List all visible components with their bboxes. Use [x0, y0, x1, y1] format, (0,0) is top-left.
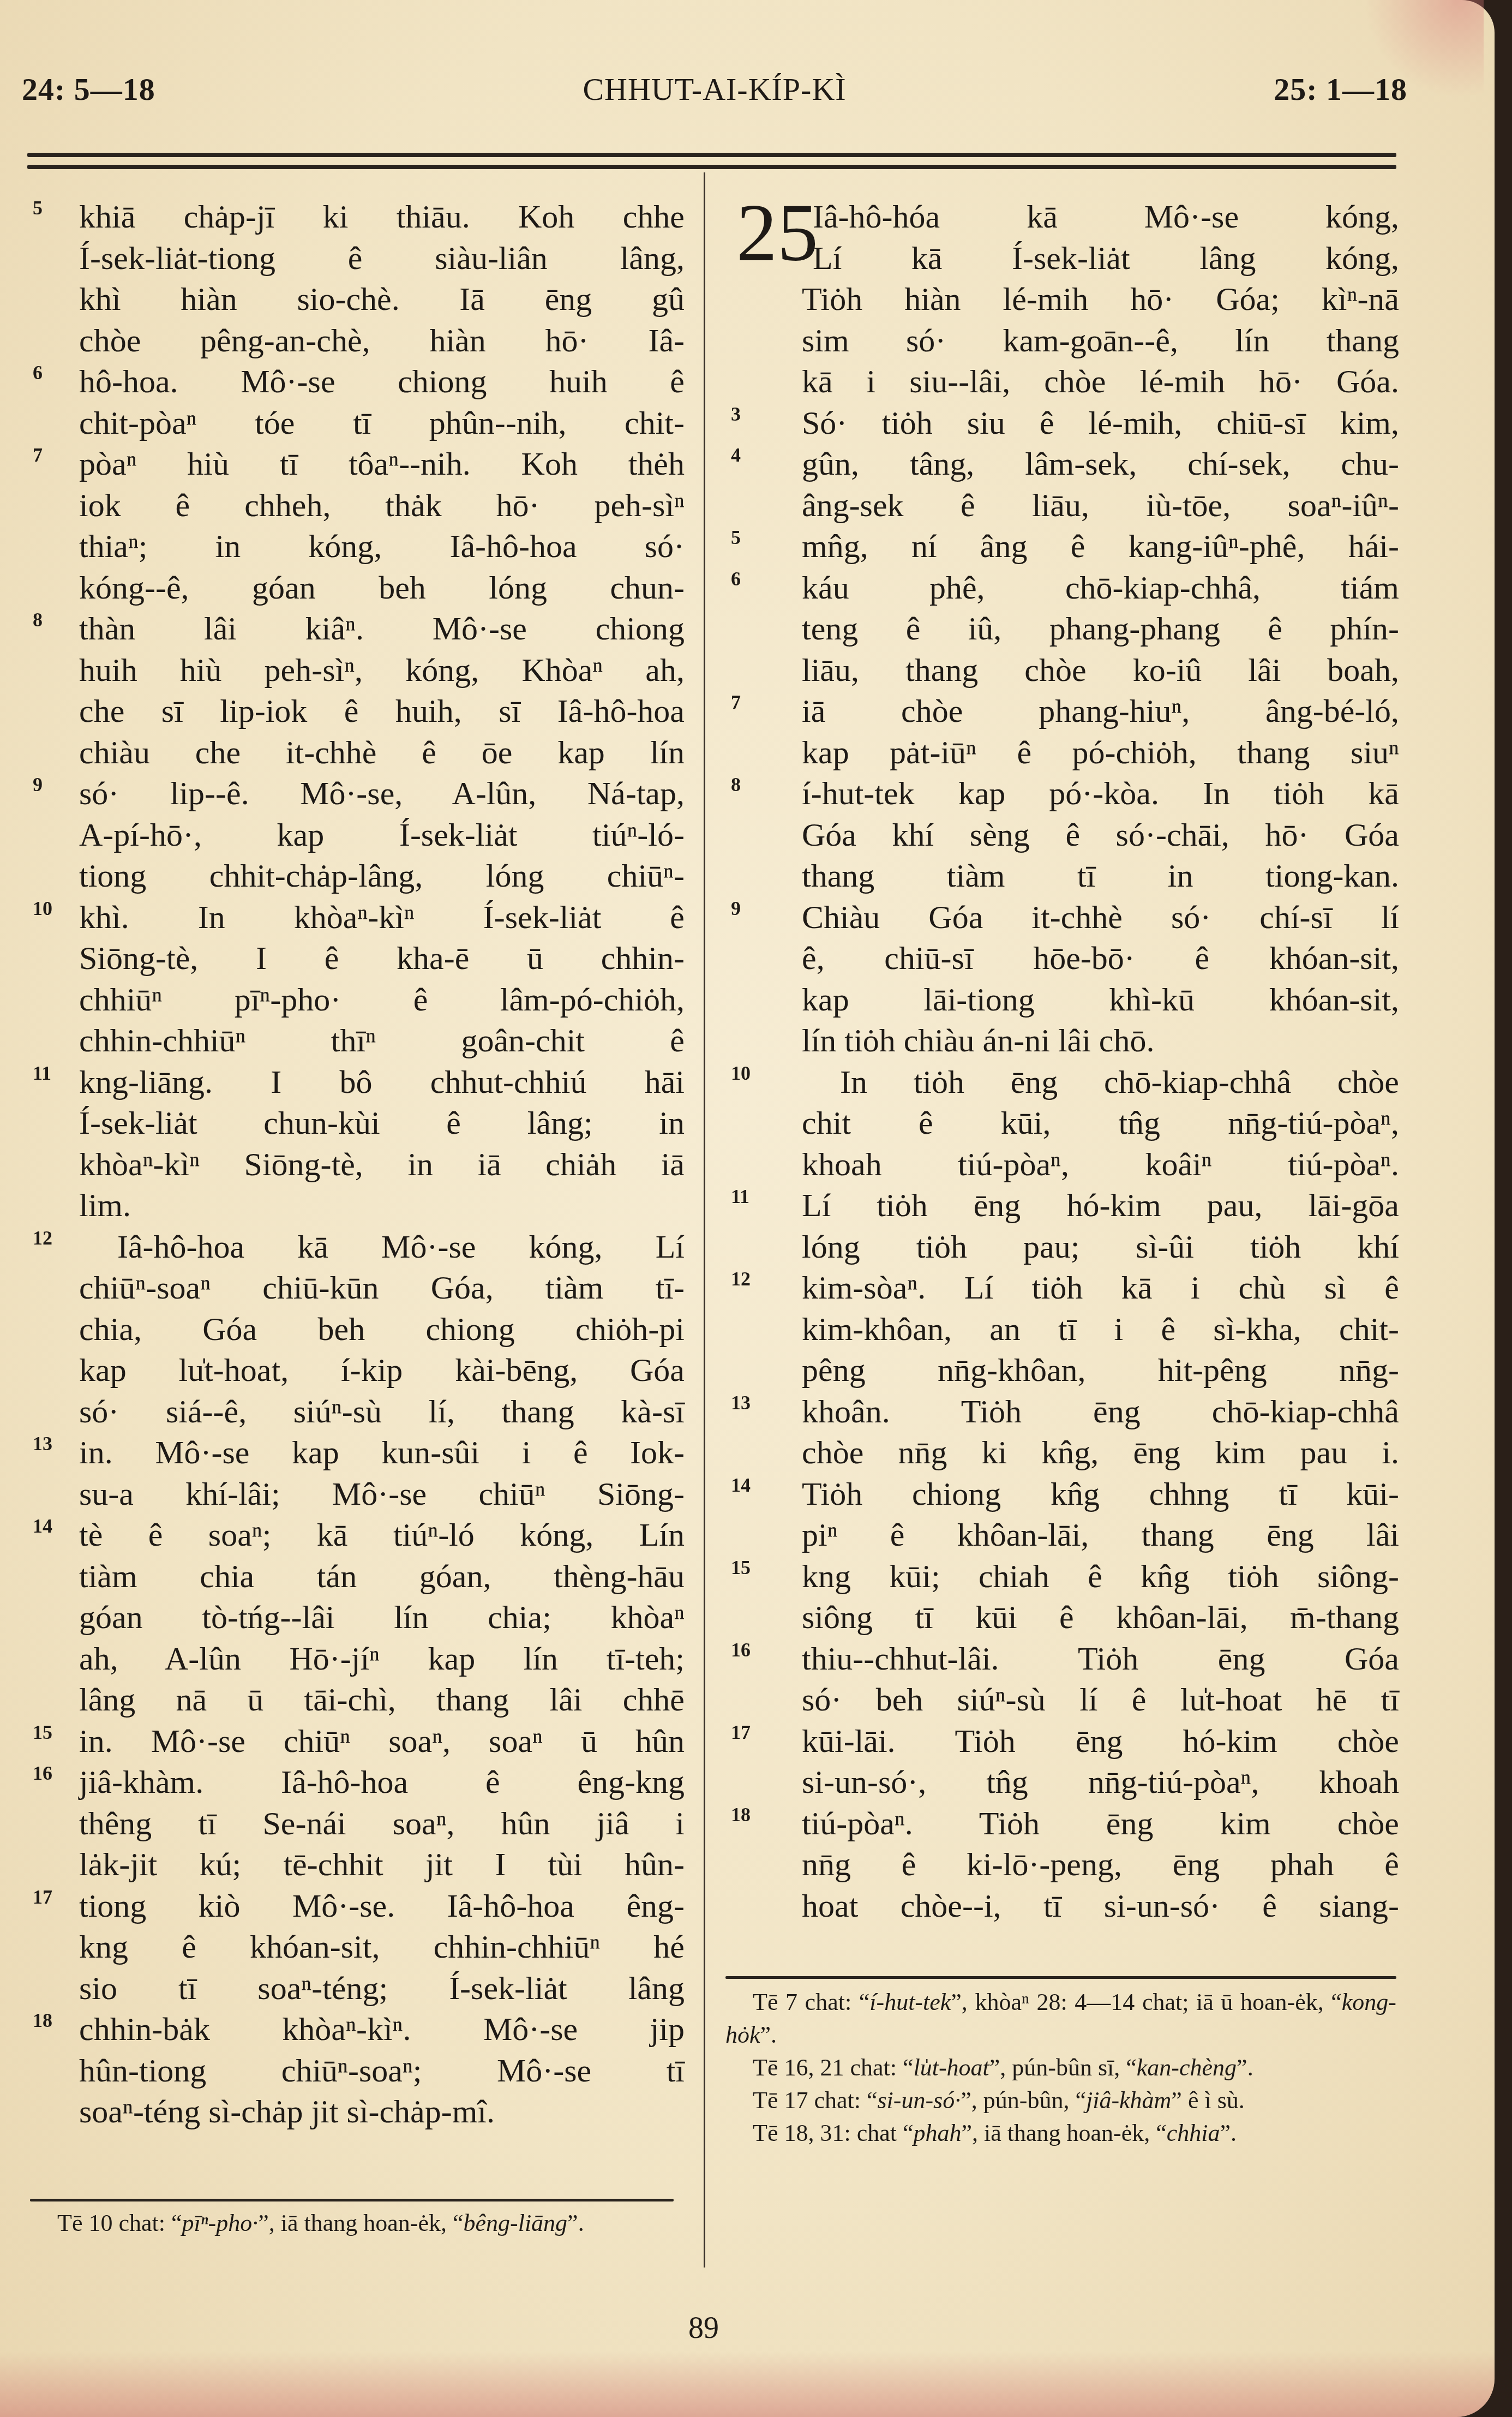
footnote-term: chhia — [1167, 2120, 1220, 2146]
verse-text: thiaⁿ; in kóng, Iâ-hô-hoa só· — [79, 526, 685, 567]
verse-number: 12 — [731, 1259, 751, 1300]
footnote: Tē 16, 21 chat: “lu̍t-hoat”, pún-bûn sī,… — [725, 2051, 1396, 2084]
verse-text: chit-pòaⁿ tóe tī phûn--nih, chit- — [79, 403, 685, 444]
verse-text: A-pí-hō·, kap Í-sek-liȧt tiúⁿ-ló- — [79, 815, 685, 856]
text-line: su-a khí-lâi; Mô·-se chiūⁿ Siōng- — [22, 1474, 685, 1515]
verse-text: kap lāi-tiong khì-kū khóan-sit, — [802, 979, 1399, 1021]
verse-text: nn̄g ê ki-lō·-peng, ēng phah ê — [802, 1844, 1399, 1886]
text-line: khoah tiú-pòaⁿ, koâiⁿ tiú-pòaⁿ. — [720, 1144, 1399, 1186]
verse-number: 3 — [731, 394, 741, 435]
verse-text: tiú-pòaⁿ. Tiȯh ēng kim chòe — [802, 1803, 1399, 1845]
verse-number: 9 — [731, 888, 741, 930]
verse-number: 14 — [731, 1465, 751, 1506]
verse-text: che sī lip-iok ê huih, sī Iâ-hô-hoa — [79, 691, 685, 732]
page-edge-stain — [0, 2352, 1495, 2417]
text-line: chòe nn̄g ki kn̂g, ēng kim pau i. — [720, 1432, 1399, 1474]
footnote-text: , pún-bûn sī, — [1000, 2054, 1126, 2081]
text-line: nn̄g ê ki-lō·-peng, ēng phah ê — [720, 1844, 1399, 1886]
verse-text: khì. In khòaⁿ-kìⁿ Í-sek-liȧt ê — [79, 897, 685, 938]
text-line: Góa khí sèng ê só·-chāi, hō· Góa — [720, 815, 1399, 856]
verse-text: sim só· kam-goān--ê, lín thang — [802, 320, 1399, 362]
text-line: che sī lip-iok ê huih, sī Iâ-hô-hoa — [22, 691, 685, 732]
verse-text: só· siá--ê, siúⁿ-sù lí, thang kà-sī — [79, 1391, 685, 1433]
verse-number: 10 — [731, 1053, 751, 1094]
verse-text: tè ê soaⁿ; kā tiúⁿ-ló kóng, Lín — [79, 1515, 685, 1556]
footnote-term: jiâ-khàm — [1086, 2087, 1171, 2114]
verse-text: Lí kā Í-sek-liȧt lâng kóng, — [813, 238, 1399, 279]
verse-number: 14 — [33, 1506, 52, 1547]
text-line: 10khì. In khòaⁿ-kìⁿ Í-sek-liȧt ê — [22, 897, 685, 938]
verse-text: tiong chhit-chȧp-lâng, lóng chiūⁿ- — [79, 855, 685, 897]
verse-text: chit ê kūi, tn̂g nn̄g-tiú-pòaⁿ, — [802, 1103, 1399, 1144]
text-line: só· beh siúⁿ-sù lí ê lu̍t-hoat hē tī — [720, 1679, 1399, 1721]
footnote: Tē 10 chat: “pīⁿ-pho·”, iā thang hoan-ėk… — [30, 2207, 674, 2240]
verse-text: kng ê khóan-sit, chhin-chhiūⁿ hé — [79, 1927, 685, 1968]
text-line: chhiūⁿ pīⁿ-pho· ê lâm-pó-chiȯh, — [22, 979, 685, 1021]
footnote-text: Tē 10 chat: — [57, 2210, 171, 2236]
text-line: teng ê iû, phang-phang ê phín- — [720, 608, 1399, 650]
text-line: 8thàn lâi kiâⁿ. Mô·-se chiong — [22, 608, 685, 650]
footnote-term: kan-chèng — [1137, 2054, 1237, 2081]
verse-text: kap pȧt-iūⁿ ê pó-chiȯh, thang siuⁿ — [802, 732, 1399, 774]
verse-text: tiàm chia tán góan, thèng-hāu — [79, 1556, 685, 1598]
text-line: 15kng kūi; chiah ê kn̂g tiȯh siông- — [720, 1556, 1399, 1598]
verse-text: Siōng-tè, I ê kha-ē ū chhin- — [79, 938, 685, 979]
verse-text: khoân. Tiȯh ēng chō-kiap-chhâ — [802, 1391, 1399, 1433]
text-line: thêng tī Se-nái soaⁿ, hûn jiâ i — [22, 1803, 685, 1845]
text-line: 7iā chòe phang-hiuⁿ, âng-bé-ló, — [720, 691, 1399, 732]
verse-text: kā i siu--lâi, chòe lé-mih hō· Góa. — [802, 361, 1399, 403]
verse-number: 18 — [33, 2000, 52, 2042]
verse-text: siông tī kūi ê khôan-lāi, m̄-thang — [802, 1597, 1399, 1638]
verse-text: ê, chiū-sī hōe-bō· ê khóan-sit, — [802, 938, 1399, 979]
verse-number: 16 — [731, 1630, 751, 1671]
text-line: iok ê chheh, thȧk hō· peh-sìⁿ — [22, 485, 685, 527]
text-line: 13khoân. Tiȯh ēng chō-kiap-chhâ — [720, 1391, 1399, 1433]
verse-text: káu phê, chō-kiap-chhâ, tiám — [802, 567, 1399, 609]
verse-text: pòaⁿ hiù tī tôaⁿ--nih. Koh thėh — [79, 444, 685, 485]
verse-number: 5 — [731, 517, 741, 559]
verse-text: gûn, tâng, lâm-sek, chí-sek, chu- — [802, 444, 1399, 485]
verse-number: 6 — [33, 352, 43, 394]
footnote-text: Tē 17 chat: — [753, 2087, 867, 2114]
text-line: chit ê kūi, tn̂g nn̄g-tiú-pòaⁿ, — [720, 1103, 1399, 1144]
verse-text: chiàu che it-chhè ê ōe kap lín — [79, 732, 685, 774]
verse-text: soaⁿ-téng sì-chȧp jit sì-chȧp-mî. — [79, 2091, 685, 2133]
text-line: chiàu che it-chhè ê ōe kap lín — [22, 732, 685, 774]
verse-text: kim-khôan, an tī i ê sì-kha, chit- — [802, 1309, 1399, 1350]
verse-text: ah, A-lûn Hō·-jíⁿ kap lín tī-teh; — [79, 1638, 685, 1680]
text-line: piⁿ ê khôan-lāi, thang ēng lâi — [720, 1515, 1399, 1556]
verse-text: thàn lâi kiâⁿ. Mô·-se chiong — [79, 608, 685, 650]
text-line: kā i siu--lâi, chòe lé-mih hō· Góa. — [720, 361, 1399, 403]
verse-text: í-hut-tek kap pó·-kòa. In tiȯh kā — [802, 773, 1399, 815]
verse-text: sio tī soaⁿ-téng; Í-sek-liȧt lâng — [79, 1968, 685, 2009]
text-line: khì hiàn sio-chè. Iā ēng gû — [22, 279, 685, 320]
text-line: chia, Góa beh chiong chiȯh-pi — [22, 1309, 685, 1350]
verse-text: pêng nn̄g-khôan, hit-pêng nn̄g- — [802, 1350, 1399, 1391]
verse-number: 17 — [731, 1712, 751, 1754]
verse-text: hô-hoa. Mô·-se chiong huih ê — [79, 361, 685, 403]
verse-text: kóng--ê, góan beh lóng chun- — [79, 567, 685, 609]
text-line: thang tiàm tī in tiong-kan. — [720, 855, 1399, 897]
verse-number: 10 — [33, 888, 52, 930]
footnote-text: , khòaⁿ 28: 4—14 chat; iā ū hoan-ėk, — [962, 1989, 1331, 2015]
text-line: A-pí-hō·, kap Í-sek-liȧt tiúⁿ-ló- — [22, 815, 685, 856]
text-line: sio tī soaⁿ-téng; Í-sek-liȧt lâng — [22, 1968, 685, 2009]
verse-text: khiā chȧp-jī ki thiāu. Koh chhe — [79, 196, 685, 238]
verse-number: 13 — [33, 1423, 52, 1465]
left-footnotes: Tē 10 chat: “pīⁿ-pho·”, iā thang hoan-ėk… — [30, 2207, 674, 2240]
verse-text: su-a khí-lâi; Mô·-se chiūⁿ Siōng- — [79, 1474, 685, 1515]
text-line: chiūⁿ-soaⁿ chiū-kūn Góa, tiàm tī- — [22, 1267, 685, 1309]
text-line: 17kūi-lāi. Tiȯh ēng hó-kim chòe — [720, 1721, 1399, 1762]
text-line: Lí kā Í-sek-liȧt lâng kóng, — [720, 238, 1399, 279]
text-line: 17tiong kiò Mô·-se. Iâ-hô-hoa êng- — [22, 1886, 685, 1927]
verse-text: lâng nā ū tāi-chì, thang lâi chhē — [79, 1679, 685, 1721]
text-line: hoat chòe--i, tī si-un-só· ê siang- — [720, 1886, 1399, 1927]
text-line: 15in. Mô·-se chiūⁿ soaⁿ, soaⁿ ū hûn — [22, 1721, 685, 1762]
text-line: si-un-só·, tn̂g nn̄g-tiú-pòaⁿ, khoah — [720, 1762, 1399, 1803]
text-line: 12Iâ-hô-hoa kā Mô·-se kóng, Lí — [22, 1227, 685, 1268]
verse-text: mn̂g, ní âng ê kang-iûⁿ-phê, hái- — [802, 526, 1399, 567]
footnote-text: Tē 18, 31: chat — [753, 2120, 903, 2146]
text-line: kng ê khóan-sit, chhin-chhiūⁿ hé — [22, 1927, 685, 1968]
header-double-rule — [27, 153, 1396, 171]
text-line: khòaⁿ-kìⁿ Siōng-tè, in iā chiȧh iā — [22, 1144, 685, 1186]
verse-number: 15 — [33, 1712, 52, 1754]
text-line: huih hiù peh-sìⁿ, kóng, Khòaⁿ ah, — [22, 650, 685, 691]
verse-text: iok ê chheh, thȧk hō· peh-sìⁿ — [79, 485, 685, 527]
text-line: kim-khôan, an tī i ê sì-kha, chit- — [720, 1309, 1399, 1350]
verse-text: lim. — [79, 1185, 685, 1227]
verse-text: Iâ-hô-hoa kā Mô·-se kóng, Lí — [79, 1227, 685, 1268]
footnote-term: í-hut-tek — [869, 1989, 951, 2015]
text-line: 4gûn, tâng, lâm-sek, chí-sek, chu- — [720, 444, 1399, 485]
verse-number: 11 — [33, 1053, 51, 1094]
text-line: lín tiȯh chiàu án-ni lâi chō. — [720, 1020, 1399, 1062]
footnote-text: . — [771, 2021, 777, 2048]
verse-text: chhiūⁿ pīⁿ-pho· ê lâm-pó-chiȯh, — [79, 979, 685, 1021]
verse-text: kim-sòaⁿ. Lí tiȯh kā i chù sì ê — [802, 1267, 1399, 1309]
verse-text: Tiȯh chiong kn̂g chhng tī kūi- — [802, 1474, 1399, 1515]
verse-text: kūi-lāi. Tiȯh ēng hó-kim chòe — [802, 1721, 1399, 1762]
text-line: tiong chhit-chȧp-lâng, lóng chiūⁿ- — [22, 855, 685, 897]
verse-number: 11 — [731, 1176, 749, 1218]
footnote-term: phah — [913, 2120, 961, 2146]
verse-text: kng kūi; chiah ê kn̂g tiȯh siông- — [802, 1556, 1399, 1598]
text-line: sim só· kam-goān--ê, lín thang — [720, 320, 1399, 362]
verse-text: só· beh siúⁿ-sù lí ê lu̍t-hoat hē tī — [802, 1679, 1399, 1721]
verse-text: thiu--chhut-lâi. Tiȯh ēng Góa — [802, 1638, 1399, 1680]
right-text-column: 25 Iâ-hô-hóa kā Mô·-se kóng,Lí kā Í-sek-… — [720, 196, 1399, 1927]
verse-number: 7 — [731, 682, 741, 723]
text-line: 6hô-hoa. Mô·-se chiong huih ê — [22, 361, 685, 403]
verse-number: 16 — [33, 1753, 52, 1794]
text-line: 5khiā chȧp-jī ki thiāu. Koh chhe — [22, 196, 685, 238]
text-line: kóng--ê, góan beh lóng chun- — [22, 567, 685, 609]
verse-text: Tiȯh hiàn lé-mih hō· Góa; kìⁿ-nā — [802, 279, 1399, 320]
text-line: 16jiâ-khàm. Iâ-hô-hoa ê êng-kng — [22, 1762, 685, 1803]
verse-text: lóng tiȯh pau; sì-ûi tiȯh khí — [802, 1227, 1399, 1268]
verse-text: só· lip--ê. Mô·-se, A-lûn, Ná-tap, — [79, 773, 685, 815]
text-line: 5mn̂g, ní âng ê kang-iûⁿ-phê, hái- — [720, 526, 1399, 567]
text-line: chòe pêng-an-chè, hiàn hō· Iâ- — [22, 320, 685, 362]
text-line: Í-sek-liȧt chun-kùi ê lâng; in — [22, 1103, 685, 1144]
verse-text: hûn-tiong chiūⁿ-soaⁿ; Mô·-se tī — [79, 2050, 685, 2092]
footnote-term: bêng-liāng — [463, 2210, 567, 2236]
book-page: 24: 5—18 CHHUT-AI-KÍP-KÌ 25: 1—18 5khiā … — [0, 0, 1495, 2417]
verse-number: 5 — [33, 188, 43, 229]
verse-text: hoat chòe--i, tī si-un-só· ê siang- — [802, 1886, 1399, 1927]
right-chapter-verse-ref: 25: 1—18 — [1274, 71, 1407, 107]
footnote-text: ê ì sù. — [1182, 2087, 1245, 2114]
verse-text: góan tò-tńg--lâi lín chia; khòaⁿ — [79, 1597, 685, 1638]
verse-number: 9 — [33, 764, 43, 806]
verse-number: 12 — [33, 1218, 52, 1259]
verse-text: chhin-chhiūⁿ thīⁿ goân-chit ê — [79, 1020, 685, 1062]
footnote-text: . — [1247, 2054, 1253, 2081]
text-line: 6káu phê, chō-kiap-chhâ, tiám — [720, 567, 1399, 609]
text-line: 8í-hut-tek kap pó·-kòa. In tiȯh kā — [720, 773, 1399, 815]
left-text-column: 5khiā chȧp-jī ki thiāu. Koh chheÍ-sek-li… — [22, 196, 685, 2133]
verse-text: khòaⁿ-kìⁿ Siōng-tè, in iā chiȧh iā — [79, 1144, 685, 1186]
text-line: thiaⁿ; in kóng, Iâ-hô-hoa só· — [22, 526, 685, 567]
text-line: âng-sek ê liāu, iù-tōe, soaⁿ-iûⁿ- — [720, 485, 1399, 527]
verse-text: chòe pêng-an-chè, hiàn hō· Iâ- — [79, 320, 685, 362]
footnote-text: , pún-bûn, — [971, 2087, 1076, 2114]
footnote: Tē 17 chat: “si-un-só·”, pún-bûn, “jiâ-k… — [725, 2084, 1396, 2117]
text-line: só· siá--ê, siúⁿ-sù lí, thang kà-sī — [22, 1391, 685, 1433]
text-line: 9só· lip--ê. Mô·-se, A-lûn, Ná-tap, — [22, 773, 685, 815]
text-line: lim. — [22, 1185, 685, 1227]
verse-text: liāu, thang chòe ko-iû lâi boah, — [802, 650, 1399, 691]
verse-text: teng ê iû, phang-phang ê phín- — [802, 608, 1399, 650]
text-line: chit-pòaⁿ tóe tī phûn--nih, chit- — [22, 403, 685, 444]
text-line: Iâ-hô-hóa kā Mô·-se kóng, — [720, 196, 1399, 238]
right-footnote-rule — [725, 1976, 1396, 1979]
text-line: 11kng-liāng. I bô chhut-chhiú hāi — [22, 1062, 685, 1103]
verse-number: 17 — [33, 1877, 52, 1918]
footnote-text: Tē 16, 21 chat: — [753, 2054, 903, 2081]
book-title: CHHUT-AI-KÍP-KÌ — [22, 71, 1407, 107]
text-line: góan tò-tńg--lâi lín chia; khòaⁿ — [22, 1597, 685, 1638]
text-line: hûn-tiong chiūⁿ-soaⁿ; Mô·-se tī — [22, 2050, 685, 2092]
footnote-text: Tē 7 chat: — [753, 1989, 859, 2015]
text-line: lȧk-jit kú; tē-chhit jit I tùi hûn- — [22, 1844, 685, 1886]
verse-text: Chiàu Góa it-chhè só· chí-sī lí — [802, 897, 1399, 938]
footnote-text: , iā thang hoan-ėk, — [269, 2210, 453, 2236]
text-line: Í-sek-liȧt-tiong ê siàu-liân lâng, — [22, 238, 685, 279]
text-line: Siōng-tè, I ê kha-ē ū chhin- — [22, 938, 685, 979]
verse-text: tiong kiò Mô·-se. Iâ-hô-hoa êng- — [79, 1886, 685, 1927]
verse-text: In tiȯh ēng chō-kiap-chhâ chòe — [802, 1062, 1399, 1103]
verse-text: Í-sek-liȧt-tiong ê siàu-liân lâng, — [79, 238, 685, 279]
verse-text: chia, Góa beh chiong chiȯh-pi — [79, 1309, 685, 1350]
text-line: liāu, thang chòe ko-iû lâi boah, — [720, 650, 1399, 691]
verse-text: chiūⁿ-soaⁿ chiū-kūn Góa, tiàm tī- — [79, 1267, 685, 1309]
footnote: Tē 7 chat: “í-hut-tek”, khòaⁿ 28: 4—14 c… — [725, 1986, 1396, 2051]
text-line: 10In tiȯh ēng chō-kiap-chhâ chòe — [720, 1062, 1399, 1103]
verse-text: kng-liāng. I bô chhut-chhiú hāi — [79, 1062, 685, 1103]
text-line: ah, A-lûn Hō·-jíⁿ kap lín tī-teh; — [22, 1638, 685, 1680]
footnote-text: . — [578, 2210, 584, 2236]
verse-text: jiâ-khàm. Iâ-hô-hoa ê êng-kng — [79, 1762, 685, 1803]
footnote-term: pīⁿ-pho· — [182, 2210, 258, 2236]
text-line: chhin-chhiūⁿ thīⁿ goân-chit ê — [22, 1020, 685, 1062]
text-line: 9Chiàu Góa it-chhè só· chí-sī lí — [720, 897, 1399, 938]
verse-number: 8 — [33, 600, 43, 641]
text-line: 14tè ê soaⁿ; kā tiúⁿ-ló kóng, Lín — [22, 1515, 685, 1556]
text-line: 7pòaⁿ hiù tī tôaⁿ--nih. Koh thėh — [22, 444, 685, 485]
text-line: 18tiú-pòaⁿ. Tiȯh ēng kim chòe — [720, 1803, 1399, 1845]
verse-text: in. Mô·-se chiūⁿ soaⁿ, soaⁿ ū hûn — [79, 1721, 685, 1762]
text-line: pêng nn̄g-khôan, hit-pêng nn̄g- — [720, 1350, 1399, 1391]
verse-number: 7 — [33, 435, 43, 476]
verse-text: lȧk-jit kú; tē-chhit jit I tùi hûn- — [79, 1844, 685, 1886]
verse-number: 15 — [731, 1547, 751, 1589]
verse-text: lín tiȯh chiàu án-ni lâi chō. — [802, 1020, 1399, 1062]
text-line: 14Tiȯh chiong kn̂g chhng tī kūi- — [720, 1474, 1399, 1515]
right-footnotes: Tē 7 chat: “í-hut-tek”, khòaⁿ 28: 4—14 c… — [725, 1986, 1396, 2150]
text-line: 16thiu--chhut-lâi. Tiȯh ēng Góa — [720, 1638, 1399, 1680]
text-line: kap lu̍t-hoat, í-kip kài-bēng, Góa — [22, 1350, 685, 1391]
verse-text: in. Mô·-se kap kun-sûi i ê Iok- — [79, 1432, 685, 1474]
text-line: kap pȧt-iūⁿ ê pó-chiȯh, thang siuⁿ — [720, 732, 1399, 774]
text-line: ê, chiū-sī hōe-bō· ê khóan-sit, — [720, 938, 1399, 979]
verse-text: si-un-só·, tn̂g nn̄g-tiú-pòaⁿ, khoah — [802, 1762, 1399, 1803]
verse-text: khì hiàn sio-chè. Iā ēng gû — [79, 279, 685, 320]
text-line: 18chhin-bȧk khòaⁿ-kìⁿ. Mô·-se jip — [22, 2009, 685, 2050]
footnote-term: lu̍t-hoat — [913, 2054, 989, 2081]
verse-text: Góa khí sèng ê só·-chāi, hō· Góa — [802, 815, 1399, 856]
verse-text: khoah tiú-pòaⁿ, koâiⁿ tiú-pòaⁿ. — [802, 1144, 1399, 1186]
verse-text: thêng tī Se-nái soaⁿ, hûn jiâ i — [79, 1803, 685, 1845]
verse-text: chhin-bȧk khòaⁿ-kìⁿ. Mô·-se jip — [79, 2009, 685, 2050]
footnote-text: , iā thang hoan-ėk, — [972, 2120, 1156, 2146]
running-head: 24: 5—18 CHHUT-AI-KÍP-KÌ 25: 1—18 — [22, 71, 1407, 120]
verse-text: kap lu̍t-hoat, í-kip kài-bēng, Góa — [79, 1350, 685, 1391]
text-line: soaⁿ-téng sì-chȧp jit sì-chȧp-mî. — [22, 2091, 685, 2133]
verse-text: huih hiù peh-sìⁿ, kóng, Khòaⁿ ah, — [79, 650, 685, 691]
verse-number: 6 — [731, 559, 741, 600]
column-divider — [704, 172, 705, 2268]
verse-number: 18 — [731, 1794, 751, 1836]
verse-text: iā chòe phang-hiuⁿ, âng-bé-ló, — [802, 691, 1399, 732]
text-line: Tiȯh hiàn lé-mih hō· Góa; kìⁿ-nā — [720, 279, 1399, 320]
verse-text: âng-sek ê liāu, iù-tōe, soaⁿ-iûⁿ- — [802, 485, 1399, 527]
verse-text: piⁿ ê khôan-lāi, thang ēng lâi — [802, 1515, 1399, 1556]
text-line: tiàm chia tán góan, thèng-hāu — [22, 1556, 685, 1598]
footnote-text: . — [1231, 2120, 1237, 2146]
text-line: siông tī kūi ê khôan-lāi, m̄-thang — [720, 1597, 1399, 1638]
verse-text: thang tiàm tī in tiong-kan. — [802, 855, 1399, 897]
verse-text: Iâ-hô-hóa kā Mô·-se kóng, — [813, 196, 1399, 238]
footnote-term: si-un-só· — [877, 2087, 961, 2114]
verse-number: 4 — [731, 435, 741, 476]
verse-text: Só· tiȯh siu ê lé-mih, chiū-sī kim, — [802, 403, 1399, 444]
verse-text: Í-sek-liȧt chun-kùi ê lâng; in — [79, 1103, 685, 1144]
page-number: 89 — [0, 2311, 1407, 2346]
text-line: 3Só· tiȯh siu ê lé-mih, chiū-sī kim, — [720, 403, 1399, 444]
verse-number: 8 — [731, 764, 741, 806]
text-line: lóng tiȯh pau; sì-ûi tiȯh khí — [720, 1227, 1399, 1268]
verse-number: 13 — [731, 1383, 751, 1424]
text-line: kap lāi-tiong khì-kū khóan-sit, — [720, 979, 1399, 1021]
text-line: 13in. Mô·-se kap kun-sûi i ê Iok- — [22, 1432, 685, 1474]
left-footnote-rule — [30, 2199, 674, 2201]
footnote: Tē 18, 31: chat “phah”, iā thang hoan-ėk… — [725, 2117, 1396, 2150]
verse-text: Lí tiȯh ēng hó-kim pau, lāi-gōa — [802, 1185, 1399, 1227]
text-line: lâng nā ū tāi-chì, thang lâi chhē — [22, 1679, 685, 1721]
text-line: 11Lí tiȯh ēng hó-kim pau, lāi-gōa — [720, 1185, 1399, 1227]
verse-text: chòe nn̄g ki kn̂g, ēng kim pau i. — [802, 1432, 1399, 1474]
text-line: 12kim-sòaⁿ. Lí tiȯh kā i chù sì ê — [720, 1267, 1399, 1309]
